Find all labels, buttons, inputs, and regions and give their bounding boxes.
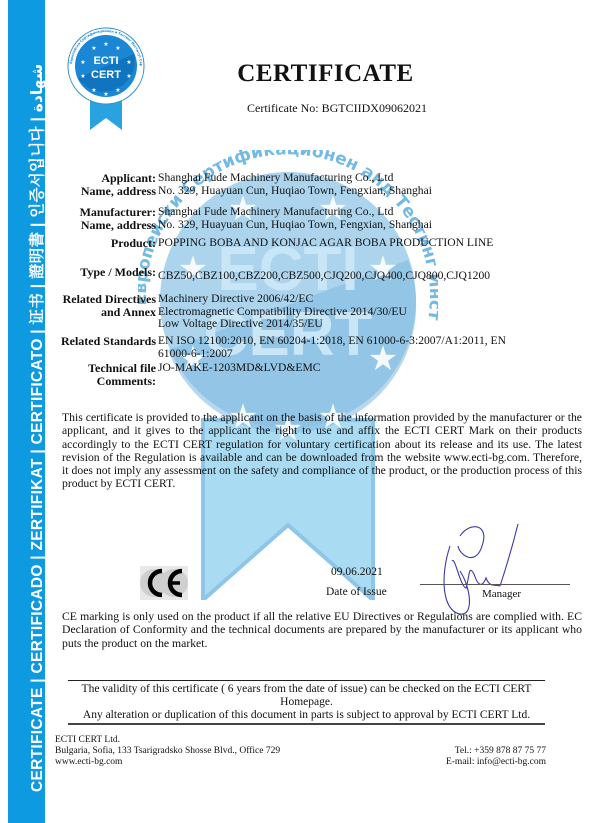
ce-mark-icon xyxy=(140,566,188,600)
footer-company-block: ECTI CERT Ltd. Bulgaria, Sofia, 133 Tsar… xyxy=(55,735,280,768)
footer-contact-block: Tel.: +359 878 87 75 77 E-mail: info@ect… xyxy=(446,746,546,768)
validity-line1: The validity of this certificate ( 6 yea… xyxy=(68,683,545,696)
footer-address: Bulgaria, Sofia, 133 Tsarigradsko Shosse… xyxy=(55,746,280,757)
ce-marking-note: CE marking is only used on the product i… xyxy=(62,610,582,650)
manufacturer-name: Shanghai Fude Machinery Manufacturing Co… xyxy=(158,206,432,219)
manager-signature xyxy=(430,516,530,616)
manufacturer-label: Manufacturer: Name, address xyxy=(60,206,156,232)
standards-line2: 61000-6-1:2007 xyxy=(158,348,506,361)
product-value: POPPING BOBA AND KONJAC AGAR BOBA PRODUC… xyxy=(158,237,493,250)
svg-text:★: ★ xyxy=(115,87,120,94)
manufacturer-label-line2: Name, address xyxy=(60,219,156,232)
directive-item: Low Voltage Directive 2014/35/EU xyxy=(158,318,407,331)
issue-date-label: Date of Issue xyxy=(326,586,387,598)
signature-line xyxy=(420,584,570,585)
svg-text:★: ★ xyxy=(103,41,108,48)
svg-text:★: ★ xyxy=(91,45,96,52)
ce-mark xyxy=(140,566,188,600)
directives-label-line2: and Annex xyxy=(60,306,156,319)
applicant-label: Applicant: Name, address xyxy=(60,172,156,198)
directive-item: Machinery Directive 2006/42/EC xyxy=(158,293,407,306)
issue-date: 09.06.2021 xyxy=(331,566,383,578)
sidebar-multilingual-text: CERTIFICATE | CERTIFICADO | ZERTIFIKAT |… xyxy=(30,64,46,792)
standards-line1: EN ISO 12100:2010, EN 60204-1:2018, EN 6… xyxy=(158,335,506,348)
applicant-address: No. 329, Huayuan Cun, Huqiao Town, Fengx… xyxy=(158,185,432,198)
standards-value: EN ISO 12100:2010, EN 60204-1:2018, EN 6… xyxy=(158,335,506,360)
models-value: CBZ50,CBZ100,CBZ200,CBZ500,CJQ200,CJQ400… xyxy=(158,270,490,283)
certificate-number: Certificate No: BGTCIIDX09062021 xyxy=(247,101,427,116)
footer-website[interactable]: www.ecti-bg.com xyxy=(55,757,280,768)
techfile-value: JO-MAKE-1203MD&LVD&EMC xyxy=(158,362,321,375)
footer-email[interactable]: E-mail: info@ecti-bg.com xyxy=(446,757,546,768)
directives-value: Machinery Directive 2006/42/EC Electroma… xyxy=(158,293,407,331)
validity-notice: The validity of this certificate ( 6 yea… xyxy=(68,680,545,725)
manufacturer-value: Shanghai Fude Machinery Manufacturing Co… xyxy=(158,206,432,231)
sidebar-band: CERTIFICATE | CERTIFICADO | ZERTIFIKAT |… xyxy=(8,0,45,823)
applicant-name: Shanghai Fude Machinery Manufacturing Co… xyxy=(158,172,432,185)
techfile-label: Technical file Comments: xyxy=(60,362,156,388)
product-label: Product: xyxy=(60,237,156,250)
certificate-statement: This certificate is provided to the appl… xyxy=(62,411,582,491)
techfile-label-line2: Comments: xyxy=(60,375,156,388)
page-title: CERTIFICATE xyxy=(0,60,591,88)
standards-label: Related Standards xyxy=(60,335,156,348)
validity-line2: Homepage. xyxy=(68,696,545,709)
footer-tel: Tel.: +359 878 87 75 77 xyxy=(446,746,546,757)
validity-line3: Any alteration or duplication of this do… xyxy=(68,709,545,722)
svg-text:★: ★ xyxy=(103,91,108,98)
manufacturer-address: No. 329, Huayuan Cun, Huqiao Town, Fengx… xyxy=(158,219,432,232)
applicant-label-line2: Name, address xyxy=(60,185,156,198)
svg-text:★: ★ xyxy=(91,87,96,94)
footer-company: ECTI CERT Ltd. xyxy=(55,735,280,746)
signer-title: Manager xyxy=(482,588,521,600)
directives-label: Related Directives and Annex xyxy=(60,293,156,319)
models-label: Type / Models: xyxy=(60,266,156,279)
applicant-value: Shanghai Fude Machinery Manufacturing Co… xyxy=(158,172,432,197)
svg-text:★: ★ xyxy=(115,45,120,52)
